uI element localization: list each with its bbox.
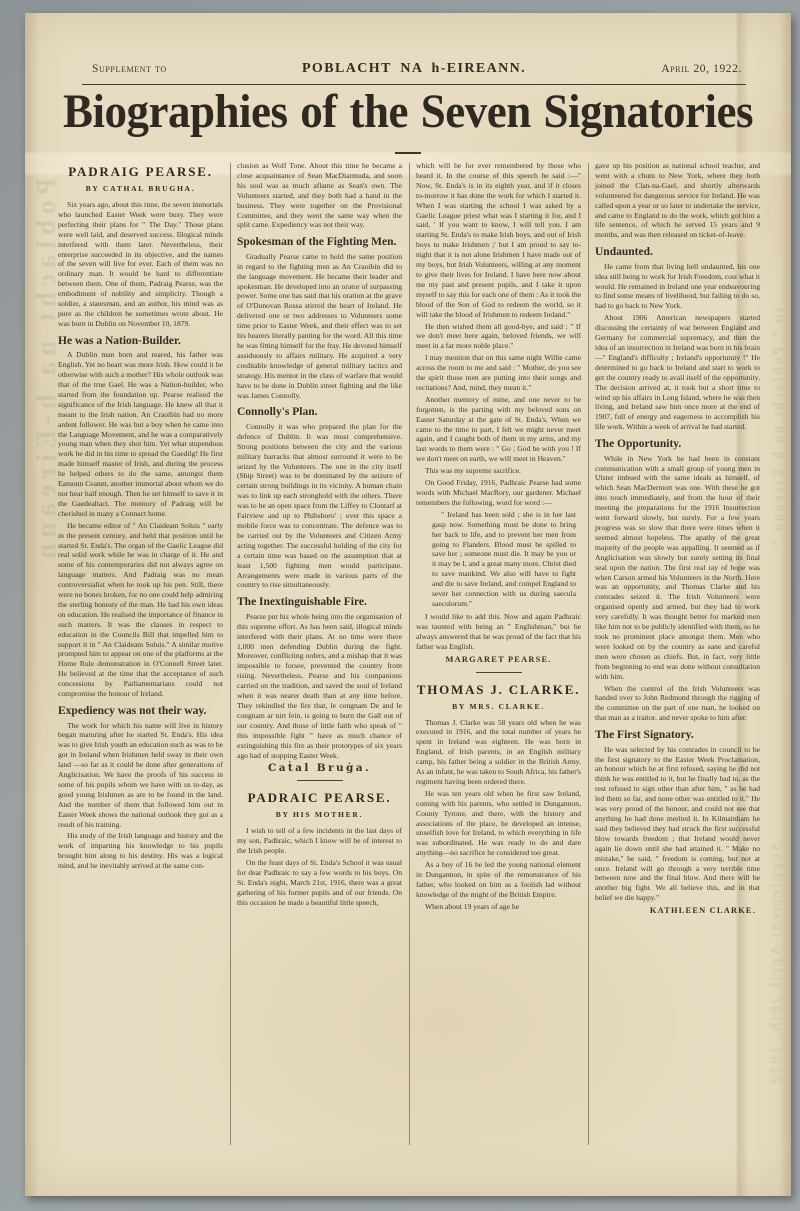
body-paragraph: Connolly it was who prepared the plan fo… <box>237 422 402 590</box>
section-heading: He was a Nation-Builder. <box>58 335 223 348</box>
body-paragraph: I wish to tell of a few incidents in the… <box>237 826 402 856</box>
scanned-newspaper-screenshot: { "masthead": { "supplement": "Supplemen… <box>0 0 800 1211</box>
section-heading: Expediency was not their way. <box>58 705 223 718</box>
body-paragraph: A Dublin man born and reared, his father… <box>58 350 223 518</box>
quoted-passage: " Ireland has been sold ; she is in her … <box>432 510 576 609</box>
newspaper-page: Poblacht na h-Eireann to " Poblacht na h… <box>25 13 791 1196</box>
body-paragraph: clusion as Wolf Tone. About this time he… <box>237 161 402 230</box>
column-1: PADRAIG PEARSE.BY CATHAL BRUGHA.Six year… <box>58 161 223 1187</box>
section-heading: The Inextinguishable Fire. <box>237 596 402 609</box>
article-title: THOMAS J. CLARKE. <box>416 682 581 697</box>
page-title: Biographies of the Seven Signatories <box>25 83 791 138</box>
body-paragraph: While in New York he had been in constan… <box>595 454 760 682</box>
column-3: which will be for ever remembered by tho… <box>416 161 581 1187</box>
body-paragraph: He came from that living hell undaunted,… <box>595 262 760 312</box>
bleedthrough-text-right-top: to " Poblacht na h-Eireann." <box>771 308 787 728</box>
body-paragraph: When about 19 years of age he <box>416 902 581 912</box>
article-byline: BY CATHAL BRUGHA. <box>58 184 223 193</box>
body-paragraph: Gradually Pearse came to hold the same p… <box>237 252 402 401</box>
author-signature: Caṫal Bruġa. <box>237 763 402 773</box>
masthead-supplement-label: Supplement to <box>92 63 167 75</box>
masthead-date: April 20, 1922. <box>661 63 742 75</box>
section-heading: The First Signatory. <box>595 729 760 742</box>
article-divider <box>297 780 343 781</box>
column-4: gave up his position as national school … <box>595 161 760 1187</box>
body-paragraph: About 1906 American newspapers started d… <box>595 313 760 432</box>
body-paragraph: On the feast days of St. Enda's School i… <box>237 858 402 908</box>
article-byline: BY MRS. CLARKE. <box>416 702 581 711</box>
author-signature: MARGARET PEARSE. <box>416 655 581 665</box>
section-heading: Spokesman of the Fighting Men. <box>237 236 402 249</box>
body-paragraph: I may mention that on this same night Wi… <box>416 353 581 393</box>
body-paragraph: He was selected by his comrades in counc… <box>595 745 760 904</box>
body-paragraph: His study of the Irish language and hist… <box>58 831 223 871</box>
article-title: PADRAIC PEARSE. <box>237 790 402 805</box>
section-heading: Connolly's Plan. <box>237 406 402 419</box>
body-paragraph: Six years ago, about this time, the seve… <box>58 200 223 329</box>
article-divider <box>476 672 522 673</box>
body-paragraph: He was ten years old when he first saw I… <box>416 789 581 858</box>
article-columns: PADRAIG PEARSE.BY CATHAL BRUGHA.Six year… <box>58 161 760 1187</box>
body-paragraph: Thomas J. Clarke was 58 years old when h… <box>416 718 581 787</box>
body-paragraph: As a boy of 16 he led the young national… <box>416 860 581 900</box>
masthead-paper-name: POBLACHT NA h-EIREANN. <box>302 61 526 77</box>
body-paragraph: gave up his position as national school … <box>595 161 760 240</box>
section-heading: Undaunted. <box>595 246 760 259</box>
body-paragraph: When the control of the Irish Volunteers… <box>595 684 760 724</box>
article-title: PADRAIG PEARSE. <box>58 164 223 179</box>
body-paragraph: On Good Friday, 1916, Padhraic Pearse ha… <box>416 478 581 508</box>
body-paragraph: The work for which his name will live in… <box>58 721 223 830</box>
column-2: clusion as Wolf Tone. About this time he… <box>237 161 402 1187</box>
author-signature: KATHLEEN CLARKE. <box>595 906 760 916</box>
section-heading: The Opportunity. <box>595 438 760 451</box>
masthead: Supplement to POBLACHT NA h-EIREANN. Apr… <box>82 61 746 85</box>
body-paragraph: I would like to add this. Now and again … <box>416 612 581 652</box>
bleedthrough-text-right-bottom: Supplement April 20th, 1922 <box>769 843 785 1173</box>
body-paragraph: He then wished them all good-bye, and sa… <box>416 322 581 352</box>
body-paragraph: Pearse put his whole being into the orga… <box>237 612 402 761</box>
body-paragraph: which will be for ever remembered by tho… <box>416 161 581 320</box>
title-dash-rule <box>395 152 421 154</box>
body-paragraph: Another memory of mine, and one never to… <box>416 395 581 464</box>
body-paragraph: This was my supreme sacrifice. <box>416 466 581 476</box>
body-paragraph: He became editor of " An Claideam Soluis… <box>58 521 223 699</box>
article-byline: BY HIS MOTHER. <box>237 810 402 819</box>
